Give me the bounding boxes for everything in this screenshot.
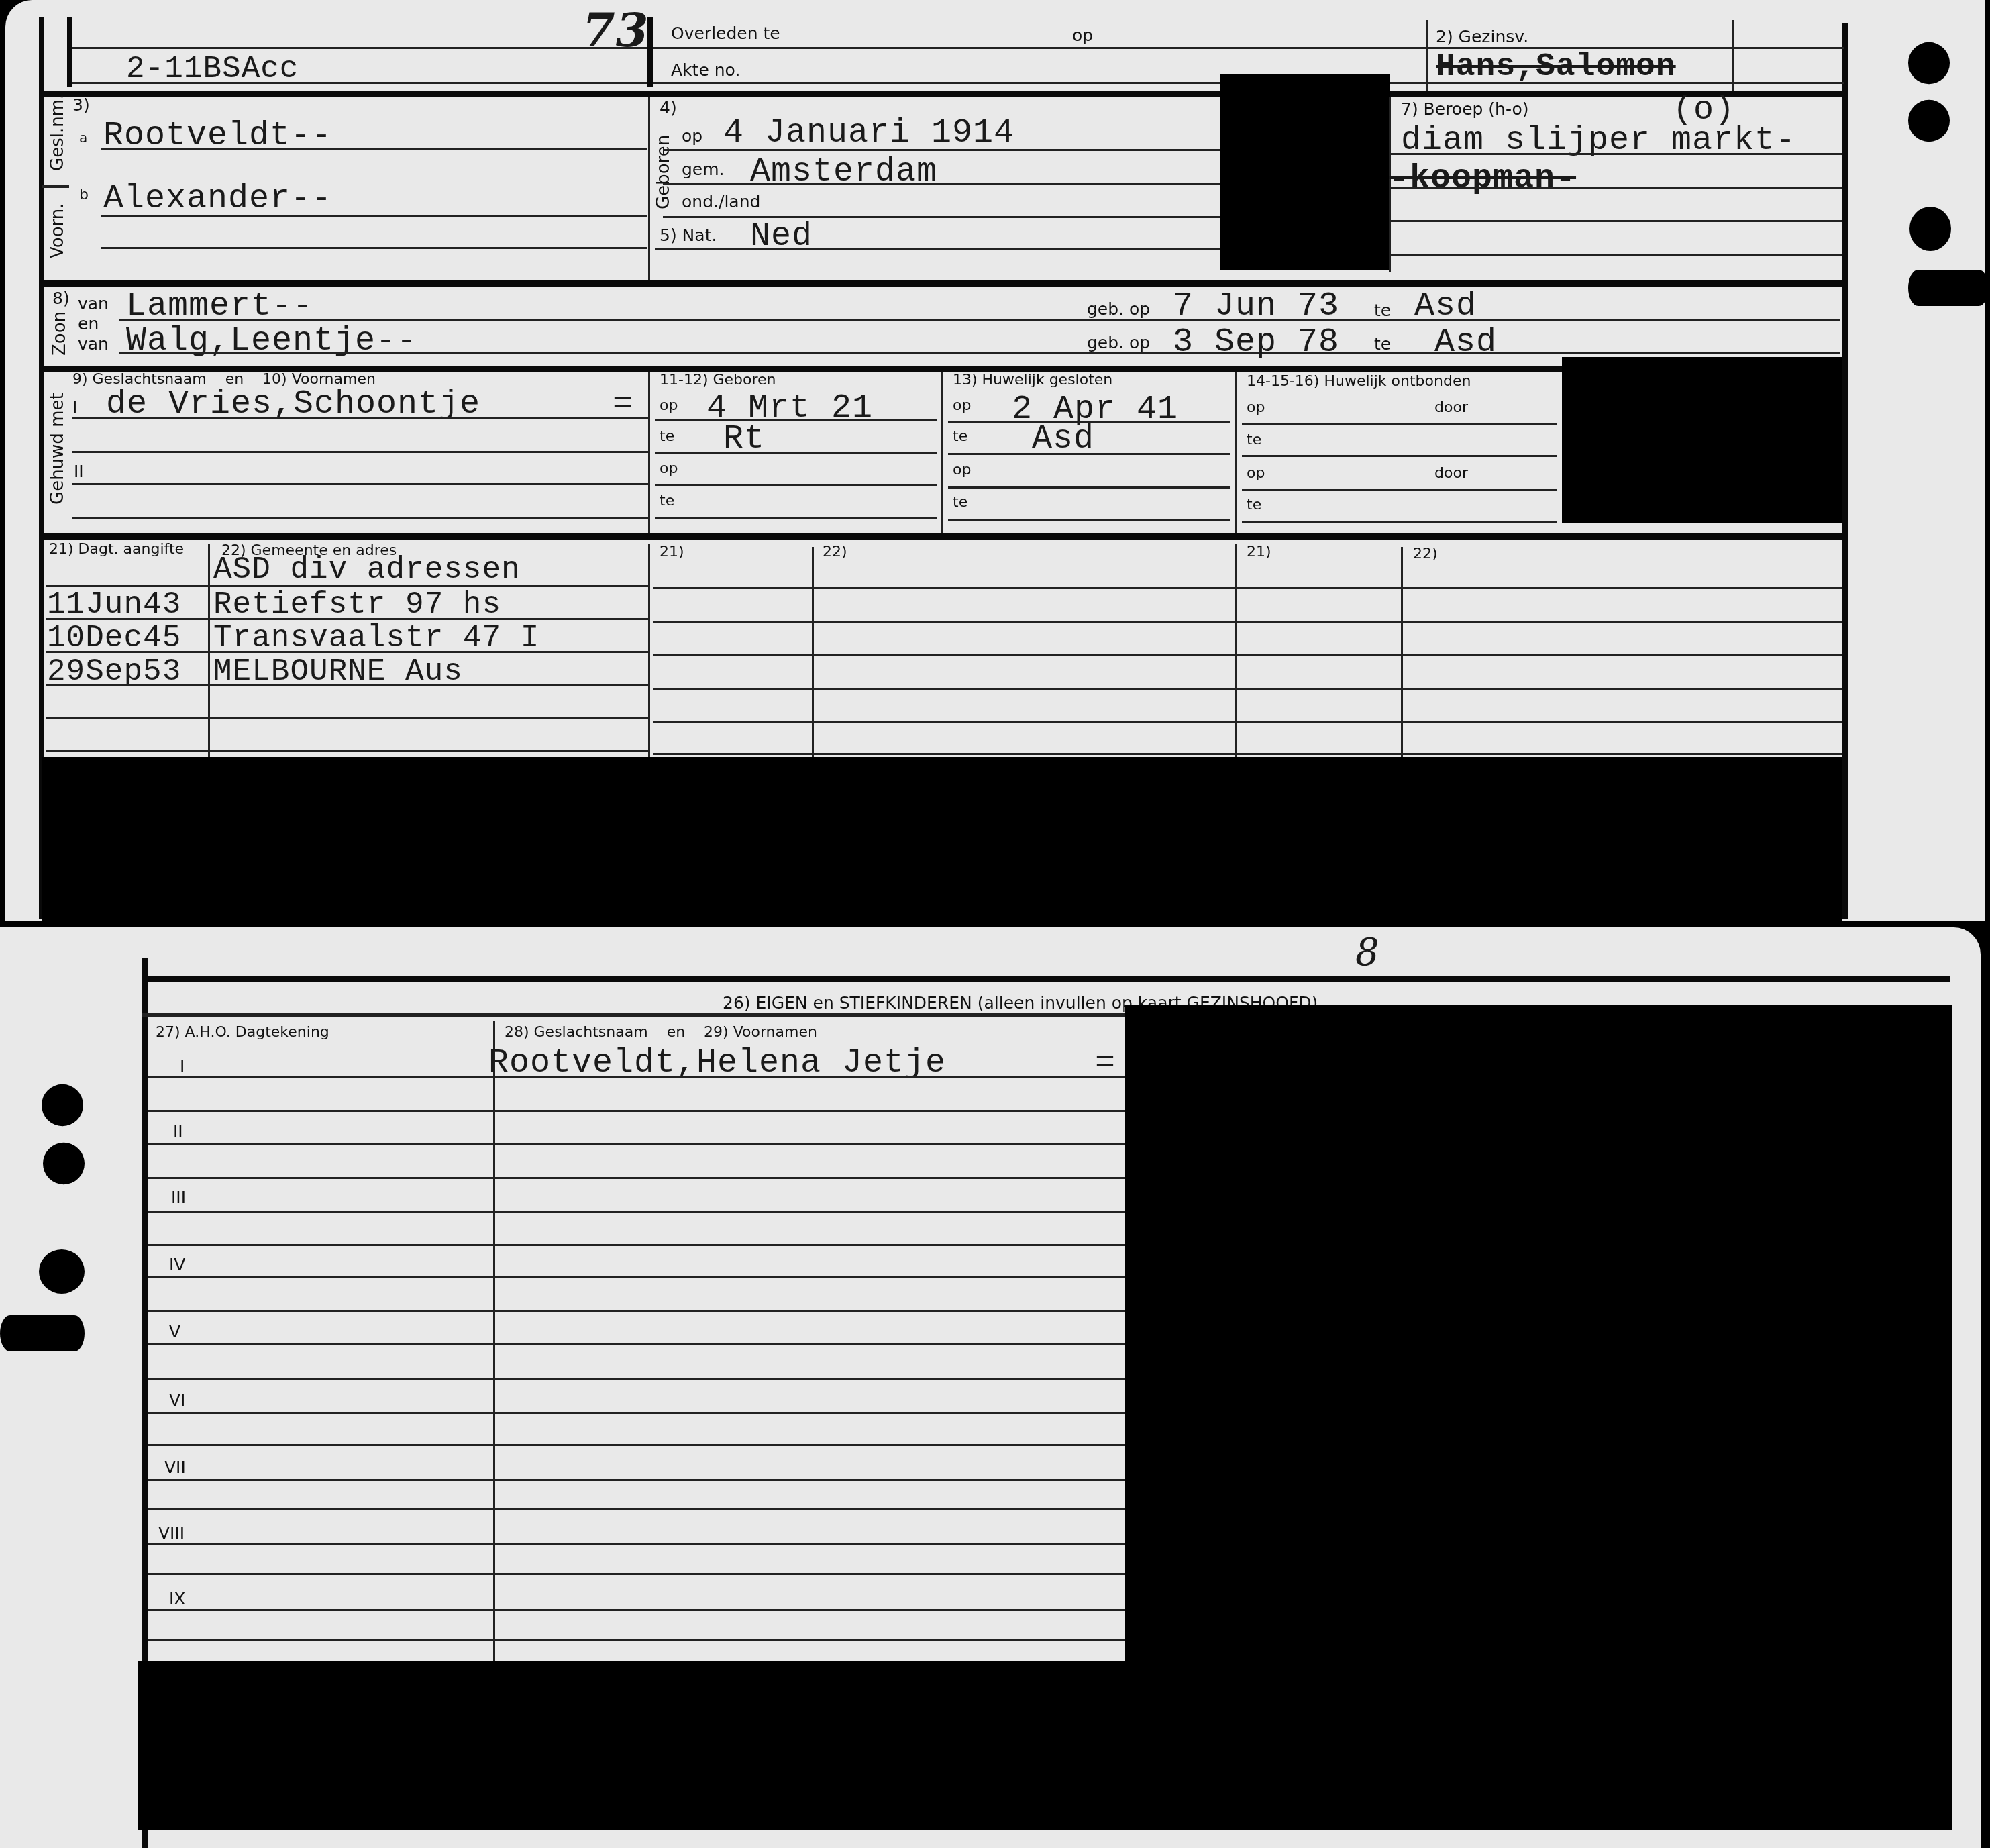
occupation-line-2: -koopman- (1389, 162, 1576, 196)
punch-hole (0, 1315, 85, 1351)
child-row-5-line (148, 1343, 1129, 1345)
address-row-2-line (46, 618, 648, 620)
punch-hole (43, 1143, 85, 1184)
address-date-header: 21) Dagt. aangifte (49, 542, 184, 557)
reference-code: 2-11BSAcc (126, 54, 299, 85)
child-row-1b-line (148, 1110, 1129, 1112)
father-birth-place: Asd (1414, 290, 1477, 323)
father-birth-label: geb. op (1087, 301, 1150, 317)
extra-col-1-address-header: 22) (823, 545, 847, 560)
married-2-te-label: te (953, 495, 967, 510)
nationality-label: 5) Nat. (660, 227, 717, 244)
dissolved-2-op-label: op (1247, 466, 1265, 481)
address-row-3-address: Transvaalstr 47 I (213, 623, 539, 654)
birth-side-label: Geboren (655, 135, 672, 209)
child-row-1-name: Rootveldt,Helena Jetje (488, 1047, 946, 1080)
born-2-op-label: op (660, 462, 678, 476)
bottom-children-card: 8 26) EIGEN en STIEFKINDEREN (alleen inv… (0, 927, 1981, 1848)
mother-birth-date: 3 Sep 78 (1173, 326, 1339, 360)
child-row-7-roman: VII (164, 1459, 186, 1476)
married-2-op-label: op (953, 463, 971, 478)
married-1-op-label: op (953, 399, 971, 413)
address-extra-divider-3 (1235, 544, 1237, 758)
extra-line-1 (653, 587, 1842, 589)
marriage-side-label: Gehuwd met (49, 393, 66, 505)
child-row-1-mark: = (1095, 1047, 1116, 1080)
redacted-block-children-bottom (138, 1661, 1952, 1830)
punch-hole (1908, 100, 1950, 142)
mother-birth-label: geb. op (1087, 334, 1150, 351)
extra-col-2-date-header: 21) (1247, 545, 1271, 560)
born-2-te-label: te (660, 494, 674, 509)
spouse-row-2b-line (72, 517, 648, 519)
children-col-divider (493, 1021, 495, 1756)
card-left-inner-border (67, 17, 72, 87)
married-2-op-line (948, 486, 1230, 489)
birth-date-value: 4 Januari 1914 (723, 117, 1014, 150)
father-birth-place-label: te (1374, 302, 1391, 319)
extra-line-6 (653, 753, 1842, 755)
dissolved-header: 14-15-16) Huwelijk ontbonden (1247, 374, 1471, 389)
father-line (119, 319, 1840, 321)
spouse-row-1-roman: I (72, 399, 77, 415)
firstname-side-label: Voorn. (49, 203, 66, 258)
dissolved-2-door-label: door (1434, 466, 1468, 481)
redacted-block-marriage (1562, 357, 1842, 523)
birth-place-label: gem. (682, 161, 725, 178)
child-row-9-roman: IX (169, 1590, 186, 1607)
firstname-line-2 (101, 247, 647, 249)
born-1-te-label: te (660, 429, 674, 444)
dissolved-1-op-label: op (1247, 401, 1265, 415)
handwritten-number: 73 (582, 7, 649, 54)
born-1-te-line (655, 452, 937, 454)
header-divider (647, 17, 653, 87)
father-label: van (78, 295, 109, 312)
spouse-row-1-mark: = (613, 388, 633, 421)
address-extra-divider-2 (812, 547, 814, 758)
parents-separator (42, 280, 1842, 287)
born-header: 11-12) Geboren (660, 373, 776, 388)
parents-side-label: Zoon (51, 311, 68, 356)
aho-header: 27) A.H.O. Dagtekening (156, 1025, 329, 1040)
mother-label: van (78, 336, 109, 352)
punch-hole (42, 1084, 83, 1126)
marriage-col-divider-3 (1235, 372, 1237, 533)
child-name-header: 28) Geslachtsnaam en 29) Voornamen (505, 1025, 817, 1040)
child-row-3-line (148, 1211, 1129, 1213)
top-registration-card: 2-11BSAcc 73 Overleden te op Akte no. 2)… (5, 0, 1985, 921)
extra-line-5 (653, 721, 1842, 723)
nationality-line (655, 248, 1220, 250)
children-header-top-line (142, 976, 1950, 982)
spouse-row-1-line (72, 417, 648, 419)
address-row-5-line (46, 717, 648, 719)
address-row-3-date: 10Dec45 (47, 623, 181, 654)
dissolved-1-op-line (1242, 423, 1557, 425)
dissolved-2-te-line (1242, 521, 1557, 523)
extra-col-2-address-header: 22) (1413, 547, 1438, 562)
child-row-7-line (148, 1479, 1129, 1481)
child-row-9b-line (148, 1639, 1129, 1641)
name-birth-divider (648, 97, 650, 282)
child-row-4-line (148, 1276, 1129, 1278)
redacted-block-children-right (1125, 1005, 1952, 1756)
spouse-row-2-roman: II (74, 463, 84, 480)
child-row-2b-line (148, 1177, 1129, 1179)
household-label: 2) Gezinsv. (1436, 28, 1528, 45)
married-header: 13) Huwelijk gesloten (953, 373, 1112, 388)
child-row-2-roman: II (173, 1123, 183, 1140)
dissolved-1-door-label: door (1434, 401, 1468, 415)
extra-line-4 (653, 688, 1842, 690)
redacted-block-bottom-top-card (42, 757, 1842, 921)
child-row-8-line (148, 1543, 1129, 1545)
name-section-number: 3) (72, 97, 90, 113)
handwritten-mark: 8 (1355, 934, 1380, 972)
born-1-op-label: op (660, 399, 678, 413)
address-row-2-date: 11Jun43 (47, 589, 181, 620)
occupation-rule-1 (1389, 153, 1842, 155)
address-extra-divider-4 (1401, 547, 1403, 758)
child-row-6-line (148, 1412, 1129, 1414)
card-right-border (1842, 23, 1848, 919)
child-row-3b-line (148, 1244, 1129, 1246)
birth-date-label: op (682, 127, 702, 144)
spouse-row-2-line (72, 483, 648, 485)
surname-line (101, 148, 647, 150)
birth-place-line (663, 183, 1220, 185)
married-1-te-label: te (953, 429, 967, 444)
child-row-8-roman: VIII (158, 1525, 185, 1541)
spouse-row-1b-line (72, 451, 648, 453)
punch-hole (1908, 42, 1950, 84)
child-row-9-line (148, 1609, 1129, 1611)
household-head-name: Hans,Salomon (1436, 51, 1676, 83)
punch-hole (1908, 270, 1989, 306)
punch-hole (39, 1249, 85, 1294)
mother-line (119, 352, 1840, 354)
child-row-3-roman: III (171, 1189, 186, 1206)
address-row-1-address: ASD div adressen (213, 554, 521, 585)
address-row-3-line (46, 651, 648, 653)
born-2-te-line (655, 517, 937, 519)
born-2-op-line (655, 484, 937, 486)
side-label-divider (42, 185, 69, 188)
deed-number-label: Akte no. (671, 62, 740, 79)
household-divider-right (1732, 20, 1734, 91)
address-row-6-line (46, 750, 648, 752)
dissolved-1-te-label: te (1247, 433, 1261, 448)
extra-line-2 (653, 621, 1842, 623)
household-divider-left (1426, 20, 1428, 91)
firstname-line (101, 215, 647, 217)
address-row-4-date: 29Sep53 (47, 656, 181, 687)
occupation-rule-3 (1389, 220, 1842, 222)
extra-line-3 (653, 654, 1842, 656)
parents-section-number: 8) (52, 290, 70, 307)
marriage-col-divider-1 (648, 372, 650, 533)
address-extra-divider-1 (648, 544, 650, 758)
child-row-6b-line (148, 1444, 1129, 1446)
address-row-2-address: Retiefstr 97 hs (213, 589, 501, 620)
redacted-block-photo (1220, 74, 1390, 270)
child-row-1-line (148, 1076, 1129, 1078)
child-row-5-roman: V (169, 1323, 180, 1340)
spouse-row-1-name: de Vries,Schoontje (106, 388, 480, 421)
child-row-5b-line (148, 1378, 1129, 1380)
punch-hole (1909, 207, 1951, 251)
birth-date-line (663, 149, 1220, 151)
birth-region-label: ond./land (682, 193, 760, 210)
address-separator (42, 533, 1842, 540)
child-row-7b-line (148, 1508, 1129, 1510)
marriage-col-divider-2 (941, 372, 943, 533)
header-separator (42, 91, 1842, 97)
surname-prefix: a (79, 131, 87, 144)
extra-col-1-date-header: 21) (660, 545, 684, 560)
father-birth-date: 7 Jun 73 (1173, 290, 1339, 323)
surname-side-label: Gesl.nm. (49, 94, 66, 171)
deceased-on-label: op (1072, 27, 1093, 44)
deceased-label: Overleden te (671, 25, 780, 42)
mother-birth-place-label: te (1374, 336, 1391, 352)
firstname-value: Alexander-- (103, 183, 332, 216)
birth-region-line (663, 216, 1220, 218)
child-row-8b-line (148, 1573, 1129, 1575)
and-label: en (78, 315, 99, 332)
occupation-rule-2 (1389, 187, 1842, 189)
child-row-4b-line (148, 1310, 1129, 1312)
child-row-2-line (148, 1143, 1129, 1145)
married-1-te-line (948, 453, 1230, 455)
dissolved-1-te-line (1242, 455, 1557, 457)
dissolved-2-te-label: te (1247, 498, 1261, 513)
children-header-bottom-line (142, 1013, 1129, 1017)
married-2-te-line (948, 519, 1230, 521)
mother-birth-place: Asd (1434, 326, 1497, 360)
address-row-4-line (46, 684, 648, 686)
child-row-4-roman: IV (169, 1256, 185, 1273)
child-row-6-roman: VI (169, 1392, 185, 1408)
born-1-op-line (655, 419, 937, 421)
occupation-rule-4 (1389, 254, 1842, 256)
birth-section-number: 4) (660, 99, 677, 116)
occupation-label: 7) Beroep (h-o) (1401, 101, 1529, 117)
dissolved-2-op-line (1242, 489, 1557, 491)
firstname-prefix: b (79, 188, 89, 203)
address-row-4-address: MELBOURNE Aus (213, 656, 463, 687)
child-row-1-roman: I (180, 1058, 185, 1075)
married-1-place: Asd (1032, 423, 1094, 456)
